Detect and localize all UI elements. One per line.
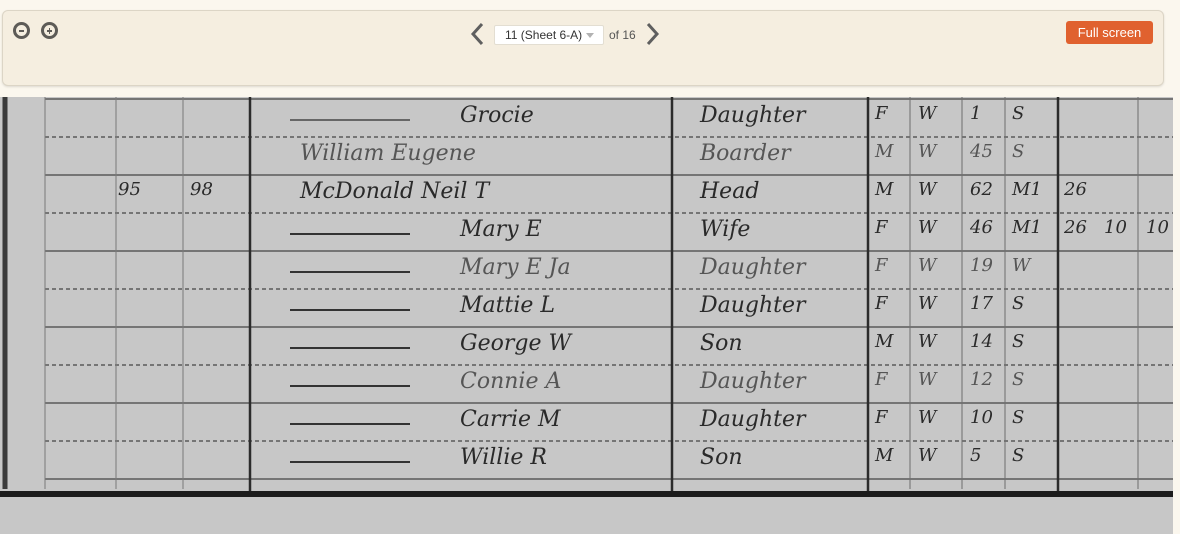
cell-marital: W [1012,255,1031,276]
cell-race: W [918,407,937,428]
cell-race: W [918,293,937,314]
cell-name: Connie A [460,369,561,394]
cell-race: W [918,217,937,238]
ditto-mark [290,309,410,311]
cell-marital: S [1012,293,1024,314]
cell-name: William Eugene [300,141,476,166]
cell-sex: M [875,445,893,466]
cell-age: 17 [970,293,993,314]
page-select-value: 11 (Sheet 6-A) [505,28,582,42]
ditto-mark [290,461,410,463]
cell-age: 1 [970,103,981,124]
cell-relation: Daughter [700,293,806,318]
ditto-mark [290,233,410,235]
next-page-button[interactable] [641,21,663,47]
cell-age: 12 [970,369,993,390]
cell-name: George W [460,331,571,356]
cell-relation: Daughter [700,103,806,128]
cell-name: McDonald Neil T [300,179,489,204]
cell-sex: M [875,141,893,162]
cell-years-married: 26 [1064,179,1087,200]
cell-sex: F [875,255,888,276]
cell-sex: F [875,407,888,428]
cell-name: Mattie L [460,293,555,318]
cell-relation: Daughter [700,255,806,280]
cell-sex: M [875,331,893,352]
cell-relation: Daughter [700,407,806,432]
cell-c2: 10 [1146,217,1169,238]
zoom-in-icon[interactable] [41,22,58,39]
census-sheet-grid [0,97,1173,534]
cell-race: W [918,255,937,276]
cell-name: Grocie [460,103,534,128]
cell-sex: F [875,103,888,124]
cell-marital: S [1012,141,1024,162]
cell-sex: F [875,293,888,314]
ditto-mark [290,271,410,273]
chevron-right-icon [641,21,663,47]
cell-relation: Son [700,331,743,356]
cell-sex: F [875,217,888,238]
cell-marital: S [1012,407,1024,428]
cell-marital: S [1012,445,1024,466]
cell-age: 46 [970,217,993,238]
page-select[interactable]: 11 (Sheet 6-A) [494,25,604,45]
cell-race: W [918,369,937,390]
cell-relation: Daughter [700,369,806,394]
cell-marital: S [1012,369,1024,390]
cell-sex: F [875,369,888,390]
cell-sex: M [875,179,893,200]
cell-race: W [918,445,937,466]
cell-name: Mary E Ja [460,255,571,280]
cell-age: 5 [970,445,981,466]
cell-marital: M1 [1012,217,1042,238]
viewer-toolbar: 11 (Sheet 6-A) of 16 Full screen [2,10,1164,86]
chevron-left-icon [467,21,489,47]
cell-age: 14 [970,331,993,352]
cell-marital: S [1012,103,1024,124]
cell-name: Carrie M [460,407,561,432]
cell-family: 98 [190,179,213,200]
cell-relation: Head [700,179,759,204]
cell-relation: Son [700,445,743,470]
previous-page-button[interactable] [467,21,489,47]
page-total: of 16 [609,28,636,42]
chevron-down-icon [586,33,594,38]
cell-age: 19 [970,255,993,276]
cell-race: W [918,103,937,124]
cell-age: 10 [970,407,993,428]
zoom-out-icon[interactable] [13,22,30,39]
census-image-viewer[interactable]: GrocieDaughterFW1SWilliam EugeneBoarderM… [0,97,1173,534]
cell-race: W [918,331,937,352]
cell-race: W [918,141,937,162]
full-screen-button[interactable]: Full screen [1066,21,1153,44]
cell-race: W [918,179,937,200]
ditto-mark [290,119,410,121]
cell-c1: 10 [1104,217,1127,238]
ditto-mark [290,385,410,387]
cell-years-married: 26 [1064,217,1087,238]
ditto-mark [290,347,410,349]
cell-relation: Boarder [700,141,791,166]
cell-relation: Wife [700,217,750,242]
cell-age: 45 [970,141,993,162]
cell-name: Willie R [460,445,547,470]
cell-name: Mary E [460,217,542,242]
cell-dwelling: 95 [118,179,141,200]
ditto-mark [290,423,410,425]
cell-marital: S [1012,331,1024,352]
cell-marital: M1 [1012,179,1042,200]
cell-age: 62 [970,179,993,200]
